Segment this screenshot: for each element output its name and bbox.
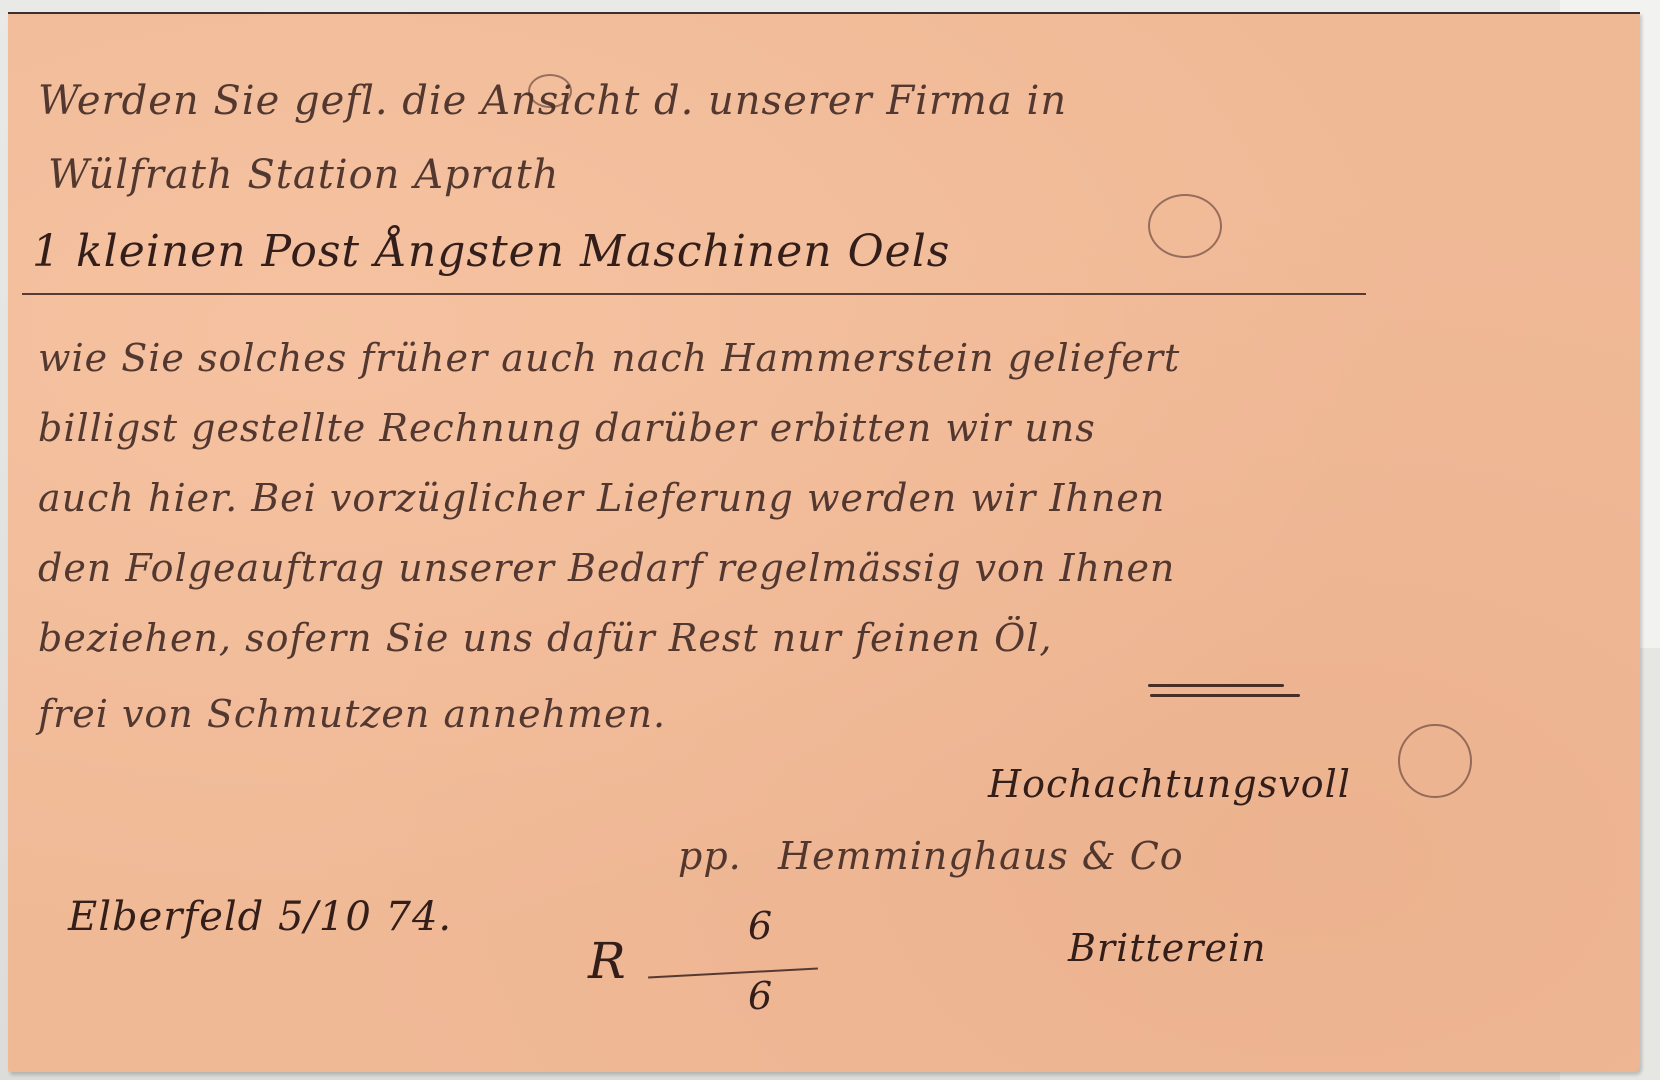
registry-fraction-bar: [648, 968, 818, 979]
signature-place: Britterein: [1068, 926, 1267, 970]
underline-feinen-1: [1148, 684, 1284, 687]
header-line-3: 1 kleinen Post Ångsten Maschinen Oels: [32, 226, 950, 277]
header-line-2: Wülfrath Station Aprath: [48, 152, 559, 198]
flourish-ornament: [1148, 194, 1222, 258]
divider-rule: [22, 293, 1366, 295]
body-line-4: den Folgeauftrag unserer Bedarf regelmäs…: [38, 546, 1175, 590]
registry-letter: R: [588, 932, 627, 990]
flourish-ornament: [528, 74, 572, 108]
postcard: Werden Sie gefl. die Ansicht d. unserer …: [8, 12, 1640, 1072]
body-line-1: wie Sie solches früher auch nach Hammers…: [38, 336, 1180, 380]
body-line-2: billigst gestellte Rechnung darüber erbi…: [38, 406, 1096, 450]
body-line-3: auch hier. Bei vorzüglicher Lieferung we…: [38, 476, 1165, 520]
signature-name: Hemminghaus & Co: [778, 834, 1184, 878]
place-date: Elberfeld 5/10 74.: [68, 894, 452, 940]
body-line-6: frei von Schmutzen annehmen.: [38, 692, 666, 736]
flourish-ornament: [1398, 724, 1472, 798]
registry-numerator: 6: [748, 904, 773, 948]
body-line-5: beziehen, sofern Sie uns dafür Rest nur …: [38, 616, 1053, 660]
closing-phrase: Hochachtungsvoll: [988, 762, 1351, 806]
registry-denominator: 6: [748, 974, 773, 1018]
underline-feinen-2: [1150, 694, 1300, 697]
signature-prefix: pp.: [678, 834, 742, 878]
